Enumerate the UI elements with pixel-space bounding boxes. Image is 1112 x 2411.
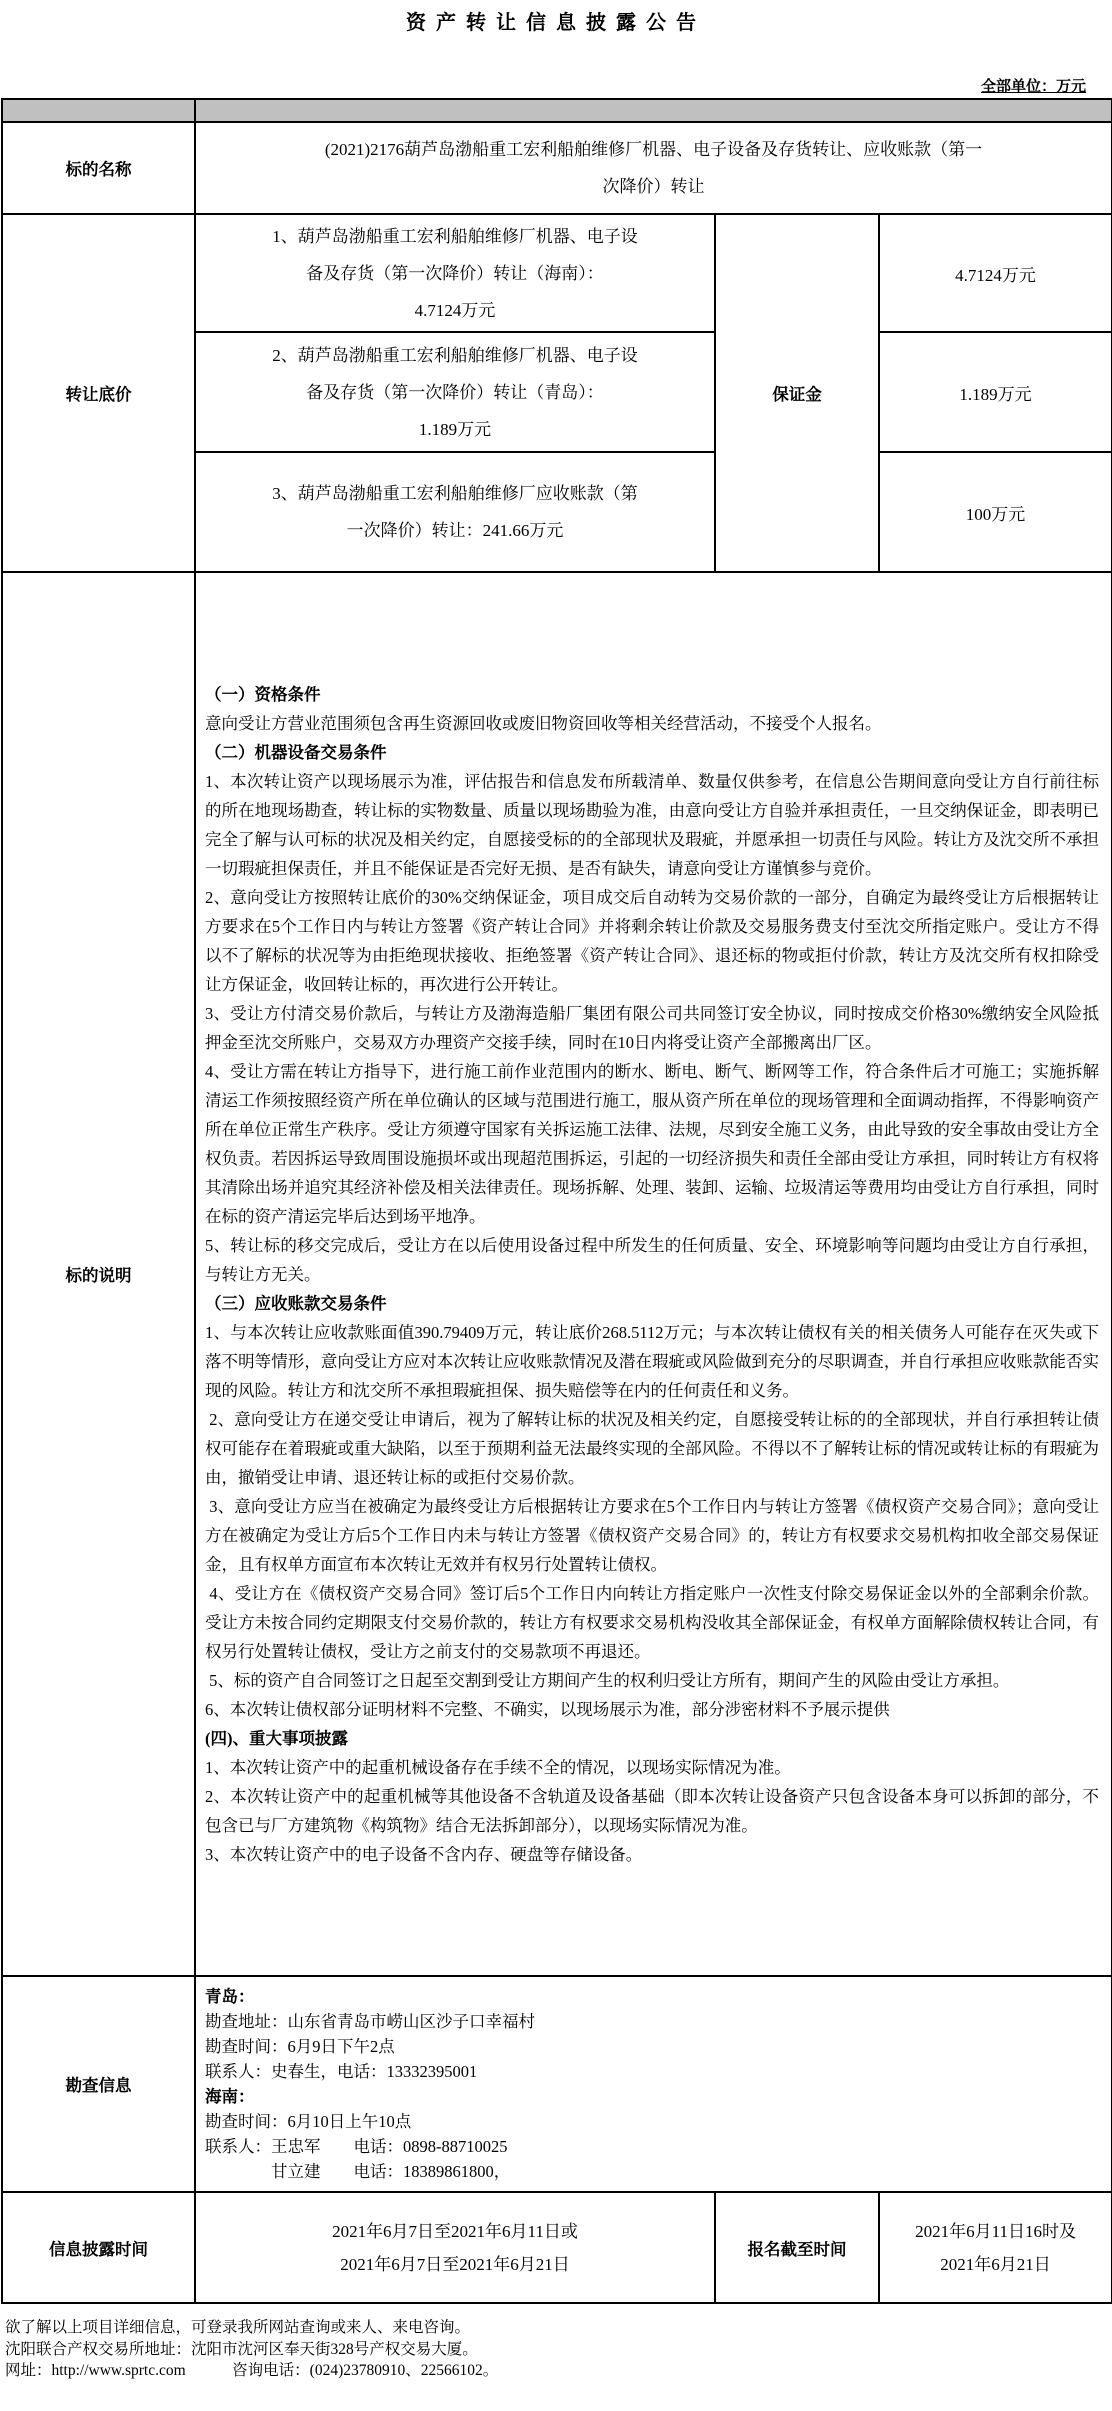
desc-paragraph: 3、本次转让资产中的电子设备不含内存、硬盘等存储设备。 [205,1840,1099,1869]
survey-line: 青岛： [205,1984,1101,2009]
desc-paragraph: 4、受让方需在转让方指导下，进行施工前作业范围内的断水、断电、断气、断网等工作，… [205,1057,1099,1231]
survey-info-content: 青岛： 勘查地址：山东省青岛市崂山区沙子口幸福村 勘查时间：6月9日下午2点 联… [195,1976,1112,2192]
announcement-table: 标的名称 (2021)2176葫芦岛渤船重工宏利船舶维修厂机器、电子设备及存货转… [1,98,1112,2304]
desc-paragraph: 意向受让方营业范围须包含再生资源回收或废旧物资回收等相关经营活动，不接受个人报名… [205,709,1099,738]
survey-info-row: 勘查信息 青岛： 勘查地址：山东省青岛市崂山区沙子口幸福村 勘查时间：6月9日下… [2,1976,1112,2192]
desc-paragraph: (四)、重大事项披露 [205,1724,1099,1753]
desc-paragraph: 5、标的资产自合同签订之日起至交割到受让方期间产生的权利归受让方所有，期间产生的… [205,1666,1099,1695]
deadline-value: 2021年6月11日16时及 2021年6月21日 [879,2192,1112,2303]
desc-paragraph: （一）资格条件 [205,680,1099,709]
desc-paragraph: 2、本次转让资产中的起重机械等其他设备不含轨道及设备基础（即本次转让设备资产只包… [205,1782,1099,1840]
deposit-value: 1.189万元 [879,332,1112,452]
disclosure-row: 信息披露时间 2021年6月7日至2021年6月11日或 2021年6月7日至2… [2,2192,1112,2303]
desc-paragraph: 1、本次转让资产以现场展示为准，评估报告和信息发布所载清单、数量仅供参考，在信息… [205,767,1099,883]
base-price-item-desc: 2、葫芦岛渤船重工宏利船舶维修厂机器、电子设 备及存货（第一次降价）转让（青岛）… [195,332,715,452]
base-price-item-desc: 3、葫芦岛渤船重工宏利船舶维修厂应收账款（第 一次降价）转让：241.66万元 [195,452,715,572]
footer-line: 欲了解以上项目详细信息，可登录我所网站查询或来人、来电咨询。 [5,2317,1112,2339]
survey-line: 勘查时间：6月9日下午2点 [205,2034,1101,2059]
deposit-label: 保证金 [715,214,879,572]
survey-line: 海南： [205,2084,1101,2109]
target-description-label: 标的说明 [2,572,195,1976]
desc-paragraph: （三）应收账款交易条件 [205,1289,1099,1318]
base-price-label: 转让底价 [2,214,195,572]
header-cell-right [195,99,1112,122]
desc-paragraph: 6、本次转让债权部分证明材料不完整、不确实，以现场展示为准，部分涉密材料不予展示… [205,1695,1099,1724]
unit-note: 全部单位：万元 [981,79,1086,95]
desc-paragraph: 3、意向受让方应当在被确定为最终受让方后根据转让方要求在5个工作日内与转让方签署… [205,1492,1099,1579]
footer-line: 网址：http://www.sprtc.com 咨询电话：(024)237809… [5,2360,1112,2382]
target-name-row: 标的名称 (2021)2176葫芦岛渤船重工宏利船舶维修厂机器、电子设备及存货转… [2,122,1112,214]
footer: 欲了解以上项目详细信息，可登录我所网站查询或来人、来电咨询。 沈阳联合产权交易所… [5,2317,1112,2382]
page-title: 资产转让信息披露公告 [0,6,1112,35]
target-description-row: 标的说明 （一）资格条件 意向受让方营业范围须包含再生资源回收或废旧物资回收等相… [2,572,1112,1976]
desc-paragraph: 2、意向受让方按照转让底价的30%交纳保证金，项目成交后自动转为交易价款的一部分… [205,883,1099,999]
header-cell-left [2,99,195,122]
desc-paragraph: 3、受让方付清交易价款后，与转让方及渤海造船厂集团有限公司共同签订安全协议，同时… [205,999,1099,1057]
deadline-label: 报名截至时间 [715,2192,879,2303]
desc-paragraph: 5、转让标的移交完成后，受让方在以后使用设备过程中所发生的任何质量、安全、环境影… [205,1231,1099,1289]
survey-line: 联系人：史春生，电话：13332395001 [205,2059,1101,2084]
disclosure-period: 2021年6月7日至2021年6月11日或 2021年6月7日至2021年6月2… [195,2192,715,2303]
deposit-value: 100万元 [879,452,1112,572]
desc-paragraph: 1、与本次转让应收款账面值390.79409万元，转让底价268.5112万元；… [205,1318,1099,1405]
base-price-row-1: 转让底价 1、葫芦岛渤船重工宏利船舶维修厂机器、电子设 备及存货（第一次降价）转… [2,214,1112,332]
target-name-label: 标的名称 [2,122,195,214]
target-description-content: （一）资格条件 意向受让方营业范围须包含再生资源回收或废旧物资回收等相关经营活动… [195,572,1112,1976]
survey-line: 联系人：王忠军 电话：0898-88710025 [205,2134,1101,2159]
disclosure-label: 信息披露时间 [2,2192,195,2303]
target-name-value: (2021)2176葫芦岛渤船重工宏利船舶维修厂机器、电子设备及存货转让、应收账… [195,122,1112,214]
base-price-item-desc: 1、葫芦岛渤船重工宏利船舶维修厂机器、电子设 备及存货（第一次降价）转让（海南）… [195,214,715,332]
survey-line: 勘查时间：6月10日上午10点 [205,2109,1101,2134]
deposit-value: 4.7124万元 [879,214,1112,332]
desc-paragraph: 2、意向受让方在递交受让申请后，视为了解转让标的状况及相关约定，自愿接受转让标的… [205,1405,1099,1492]
survey-info-label: 勘查信息 [2,1976,195,2192]
table-header-row [2,99,1112,122]
desc-paragraph: （二）机器设备交易条件 [205,738,1099,767]
footer-line: 沈阳联合产权交易所地址：沈阳市沈河区奉天街328号产权交易大厦。 [5,2339,1112,2361]
unit-note-row: 全部单位：万元 [0,75,1112,96]
survey-line: 勘查地址：山东省青岛市崂山区沙子口幸福村 [205,2009,1101,2034]
desc-paragraph: 1、本次转让资产中的起重机械设备存在手续不全的情况，以现场实际情况为准。 [205,1753,1099,1782]
survey-line: 甘立建 电话：18389861800， [205,2159,1101,2184]
desc-paragraph: 4、受让方在《债权资产交易合同》签订后5个工作日内向转让方指定账户一次性支付除交… [205,1579,1099,1666]
